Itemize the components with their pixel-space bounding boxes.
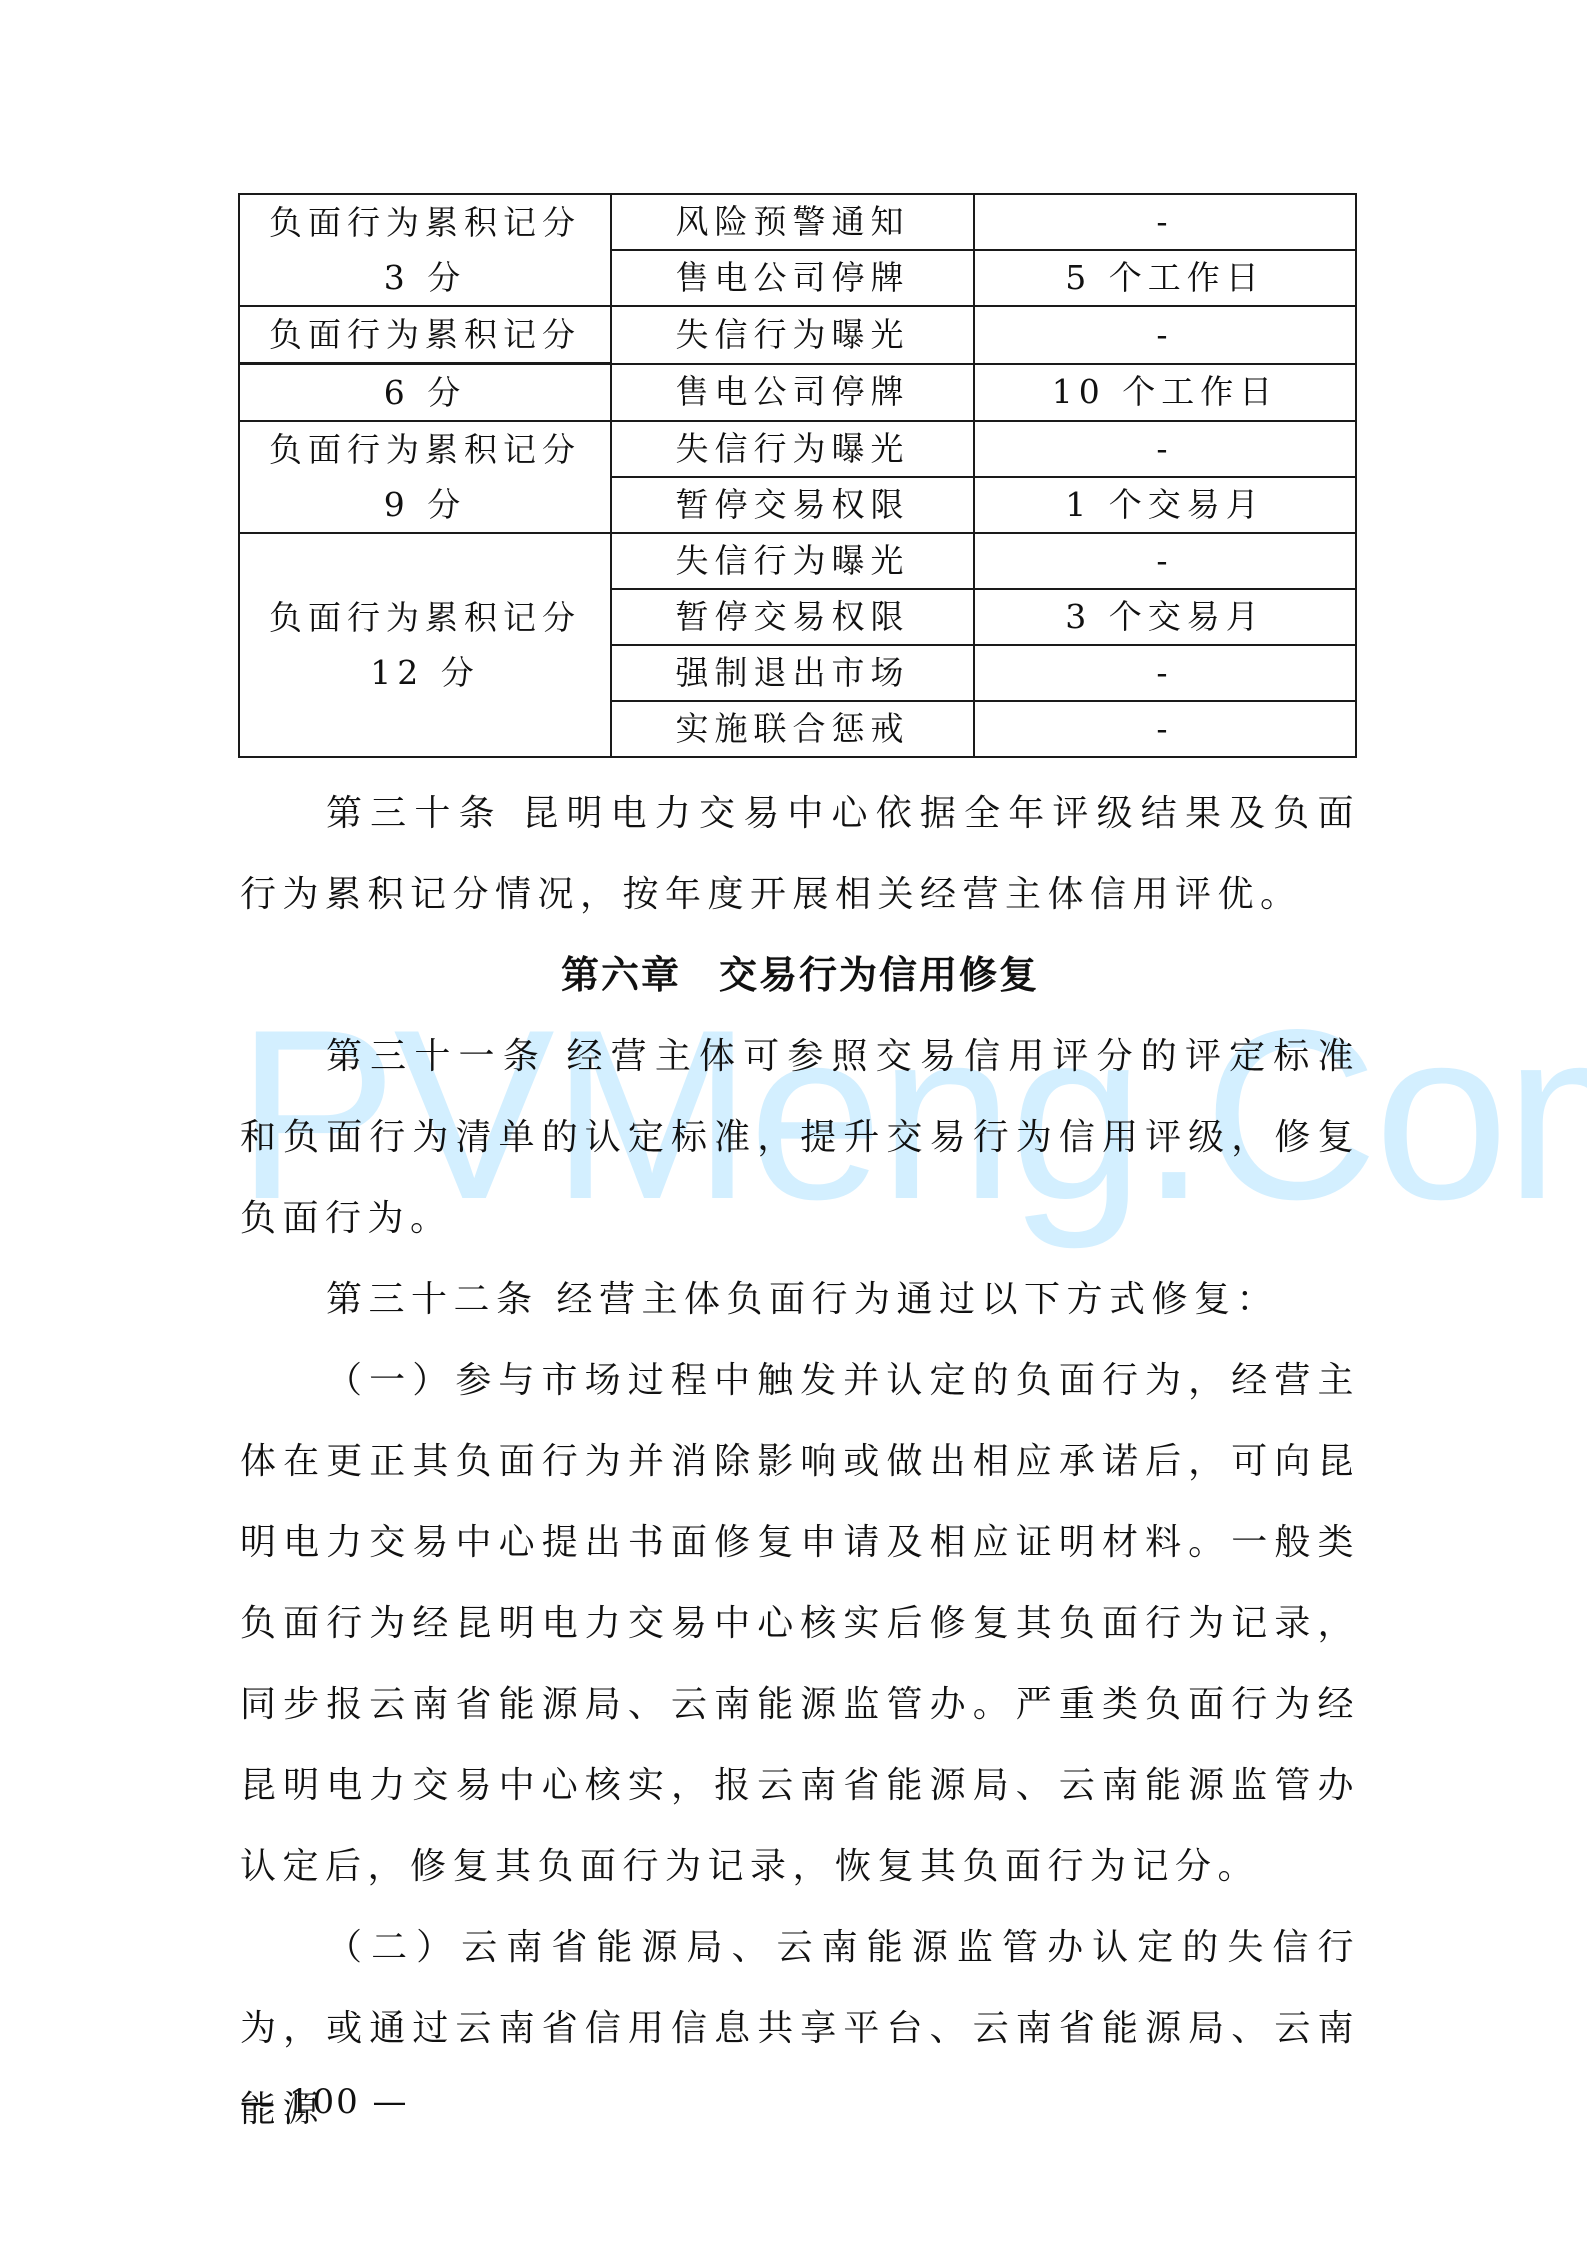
article-text: 经营主体负面行为通过以下方式修复： — [556, 1279, 1279, 1320]
condition-score: 9 分 — [240, 477, 610, 532]
duration-cell: - — [974, 306, 1356, 364]
article-32: 第三十二条 经营主体负面行为通过以下方式修复： — [240, 1259, 1360, 1340]
condition-cell: 负面行为累积记分 3 分 — [239, 194, 611, 306]
condition-score-cell: 6 分 — [239, 364, 611, 422]
body-text: 第三十条 昆明电力交易中心依据全年评级结果及负面行为累积记分情况，按年度开展相关… — [240, 773, 1360, 2150]
chapter-title: 交易行为信用修复 — [719, 953, 1039, 997]
measure-cell: 售电公司停牌 — [611, 364, 974, 422]
duration-cell: - — [974, 645, 1356, 701]
chapter-heading: 第六章交易行为信用修复 — [240, 935, 1360, 1016]
table-row: 负面行为累积记分 12 分 失信行为曝光 - — [239, 533, 1356, 589]
duration-cell: 5 个工作日 — [974, 250, 1356, 306]
measure-cell: 售电公司停牌 — [611, 250, 974, 306]
condition-cell: 负面行为累积记分 12 分 — [239, 533, 611, 757]
chapter-number: 第六章 — [561, 953, 681, 997]
duration-cell: 1 个交易月 — [974, 477, 1356, 533]
table-row: 负面行为累积记分 3 分 风险预警通知 - — [239, 194, 1356, 250]
measure-cell: 强制退出市场 — [611, 645, 974, 701]
penalty-table: 负面行为累积记分 3 分 风险预警通知 - 售电公司停牌 5 个工作日 负面行为… — [238, 193, 1357, 758]
measure-cell: 失信行为曝光 — [611, 421, 974, 477]
condition-cell: 负面行为累积记分 9 分 — [239, 421, 611, 533]
measure-cell: 风险预警通知 — [611, 194, 974, 250]
duration-cell: - — [974, 701, 1356, 757]
condition-label: 负面行为累积记分 — [240, 422, 610, 477]
table-row: 6 分 售电公司停牌 10 个工作日 — [239, 364, 1356, 422]
article-31: 第三十一条 经营主体可参照交易信用评分的评定标准和负面行为清单的认定标准，提升交… — [240, 1016, 1360, 1259]
duration-cell: 3 个交易月 — [974, 589, 1356, 645]
measure-cell: 失信行为曝光 — [611, 533, 974, 589]
condition-score: 12 分 — [240, 645, 610, 700]
duration-cell: 10 个工作日 — [974, 364, 1356, 422]
article-label: 第三十二条 — [326, 1279, 539, 1320]
condition-label: 负面行为累积记分 — [240, 590, 610, 645]
measure-cell: 实施联合惩戒 — [611, 701, 974, 757]
measure-cell: 失信行为曝光 — [611, 306, 974, 364]
article-label: 第三十条 — [326, 793, 503, 834]
table-row: 负面行为累积记分 9 分 失信行为曝光 - — [239, 421, 1356, 477]
condition-label-cell: 负面行为累积记分 — [239, 306, 611, 364]
duration-cell: - — [974, 194, 1356, 250]
article-30: 第三十条 昆明电力交易中心依据全年评级结果及负面行为累积记分情况，按年度开展相关… — [240, 773, 1360, 935]
condition-label: 负面行为累积记分 — [240, 195, 610, 250]
page-number: — 100 — — [240, 2082, 409, 2122]
measure-cell: 暂停交易权限 — [611, 477, 974, 533]
article-label: 第三十一条 — [326, 1036, 547, 1077]
table-row: 负面行为累积记分 失信行为曝光 - — [239, 306, 1356, 364]
duration-cell: - — [974, 533, 1356, 589]
duration-cell: - — [974, 421, 1356, 477]
article-32-item-1: （一）参与市场过程中触发并认定的负面行为，经营主体在更正其负面行为并消除影响或做… — [240, 1340, 1360, 1907]
measure-cell: 暂停交易权限 — [611, 589, 974, 645]
condition-score: 3 分 — [240, 250, 610, 305]
